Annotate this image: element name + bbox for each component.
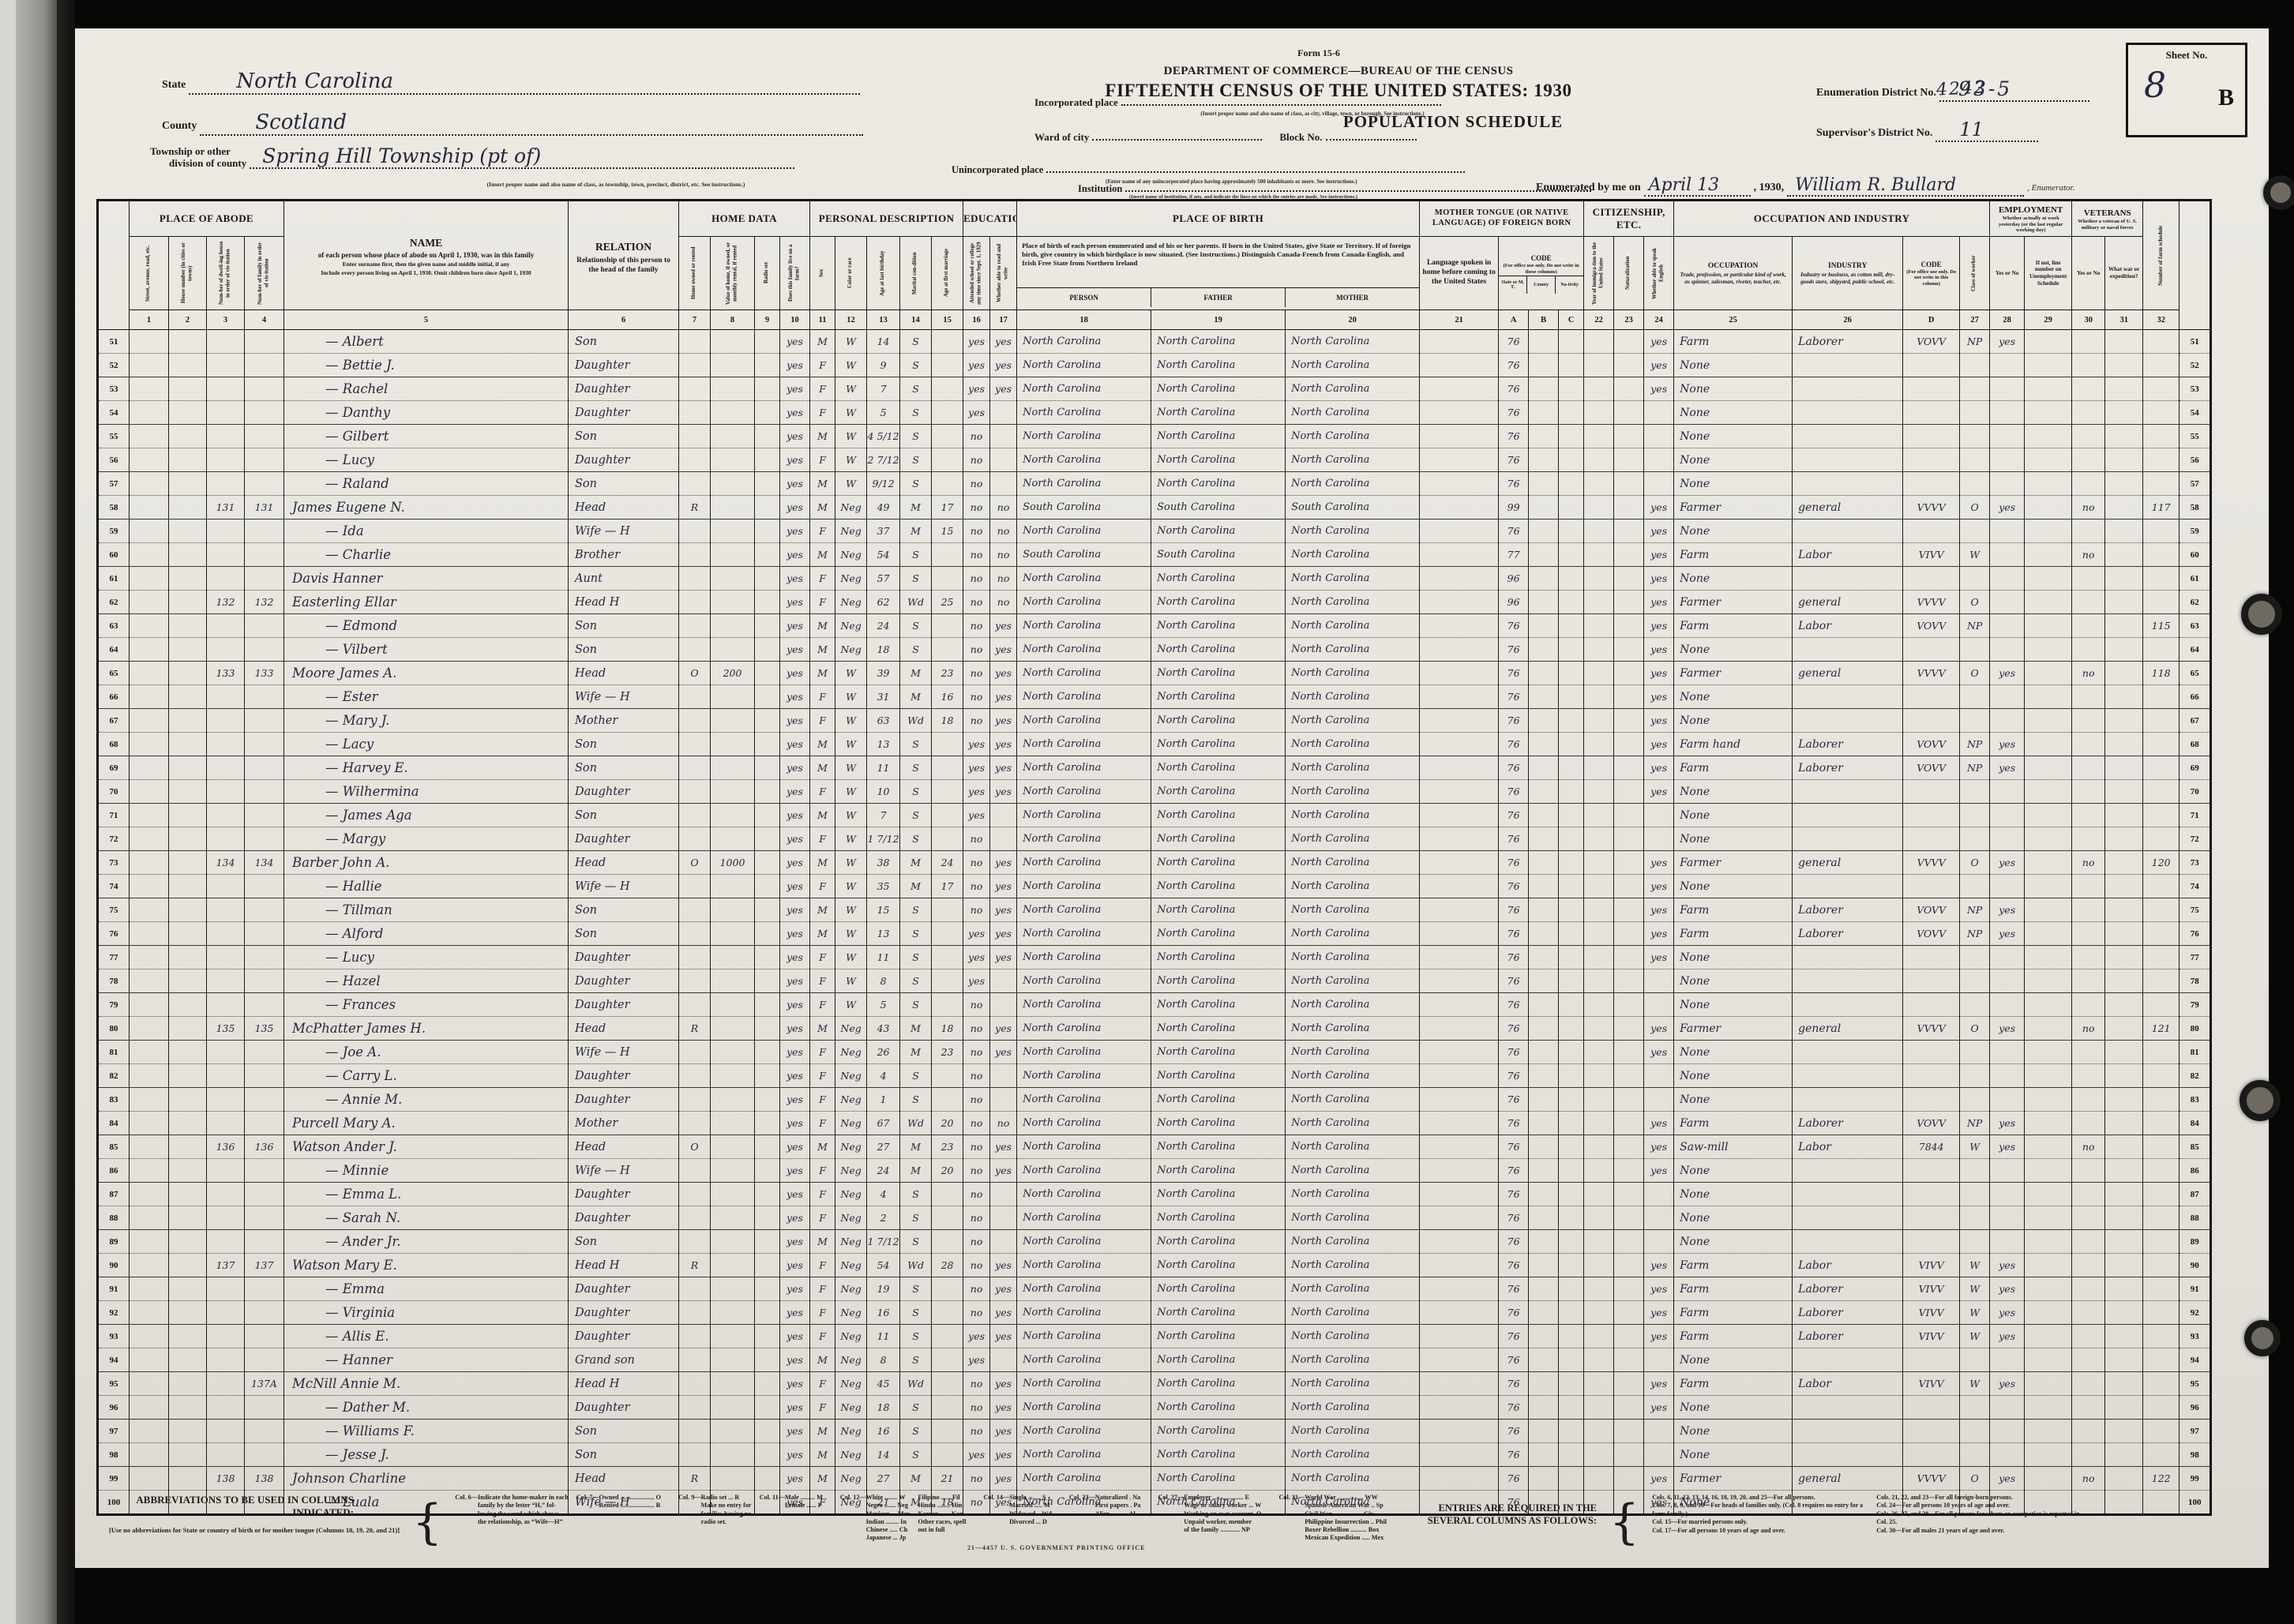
cell-farm: yes (780, 780, 810, 804)
cell-owned (679, 946, 711, 970)
column-number-25: 25 (1674, 310, 1793, 330)
cell-class (1960, 804, 1990, 827)
cell-dwelling (207, 1372, 245, 1396)
cell-sex: F (810, 875, 835, 898)
cell-empty (2105, 401, 2143, 425)
cell-color: W (835, 946, 867, 970)
cell-empty (1529, 1183, 1559, 1206)
cell-ln: 64 (98, 638, 130, 662)
cell-ln: 52 (98, 354, 130, 377)
cell-code-d (1903, 354, 1960, 377)
cell-empty (1559, 922, 1584, 946)
cell-empty (130, 780, 169, 804)
cell-age-married (932, 1443, 963, 1467)
cell-marital: S (900, 993, 932, 1017)
cell-bp-mother: North Carolina (1286, 780, 1420, 804)
cell-veteran (2072, 401, 2105, 425)
cell-empty (1614, 922, 1644, 946)
abbrev-block-5: Col. 23—Naturalized . NaFirst papers . P… (1069, 1494, 1141, 1543)
cell-occupation: Farmer (1674, 1467, 1793, 1491)
cell-empty (1614, 1254, 1644, 1277)
cell-read-write: yes (990, 851, 1017, 875)
cell-marital: S (900, 1420, 932, 1443)
cell-occupation: None (1674, 1443, 1793, 1467)
cell-industry: Laborer (1793, 898, 1903, 922)
cell-occupation: Farm (1674, 1277, 1793, 1301)
cell-farm-schedule (2143, 1254, 2179, 1277)
abbrev-line: Radio set ... R (701, 1494, 752, 1502)
cell-school: no (963, 472, 990, 496)
sheet-label: Sheet No. (2128, 49, 2245, 62)
cell-empty (1420, 354, 1499, 377)
cell-empty (1529, 377, 1559, 401)
person-row-98: 98— Jesse J.SonyesMNeg14SyesyesNorth Car… (98, 1443, 2211, 1467)
cell-empty (1584, 519, 1614, 543)
cell-age: 7 (867, 804, 900, 827)
sex-column-label: Sex (819, 241, 825, 306)
cell-owned (679, 330, 711, 354)
cell-empty (2025, 1183, 2072, 1206)
cell-veteran (2072, 1348, 2105, 1372)
cell-at-work (1990, 354, 2025, 377)
column-number-32: 32 (2143, 310, 2179, 330)
cell-empty (2025, 1348, 2072, 1372)
cell-school: yes (963, 1325, 990, 1348)
cell-empty (755, 1088, 780, 1112)
cell-bp-mother: North Carolina (1286, 472, 1420, 496)
cell-empty (2025, 993, 2072, 1017)
relation-group: RELATIONRelationship of this person to t… (569, 201, 679, 310)
cell-farm-schedule (2143, 1088, 2179, 1112)
cell-owned (679, 591, 711, 614)
cell-empty (755, 354, 780, 377)
cell-code-a: 76 (1499, 377, 1529, 401)
code-d-title: CODE (1903, 261, 1959, 268)
cell-bp-father: North Carolina (1151, 922, 1286, 946)
cell-age-married (932, 756, 963, 780)
cell-marital: M (900, 1135, 932, 1159)
abbrev-line: Employer ................... E (1184, 1494, 1261, 1502)
cell-dwelling (207, 543, 245, 567)
cell-sex: F (810, 1206, 835, 1230)
cell-english: yes (1644, 567, 1674, 591)
cell-color: W (835, 685, 867, 709)
cell-veteran (2072, 685, 2105, 709)
cell-empty (169, 1372, 207, 1396)
cell-empty (755, 519, 780, 543)
cell-farm: yes (780, 591, 810, 614)
name-desc-2: Enter surname first, then the given name… (292, 261, 560, 268)
cell-empty (169, 496, 207, 519)
cell-farm-schedule: 120 (2143, 851, 2179, 875)
cell-empty (2105, 662, 2143, 685)
cell-farm-schedule (2143, 993, 2179, 1017)
cell-family (245, 1064, 284, 1088)
cell-at-work (1990, 401, 2025, 425)
cell-empty (1614, 567, 1644, 591)
cell-bp-person: North Carolina (1017, 804, 1151, 827)
cell-relation: Aunt (569, 567, 679, 591)
cell-class (1960, 519, 1990, 543)
cell-farm-schedule (2143, 1112, 2179, 1135)
cell-occupation: None (1674, 638, 1793, 662)
cell-school: no (963, 851, 990, 875)
cell-value (711, 709, 755, 733)
cell-bp-person: North Carolina (1017, 1112, 1151, 1135)
cell-name: — Gilbert (284, 425, 569, 448)
cell-owned (679, 804, 711, 827)
cell-school: no (963, 496, 990, 519)
cell-farm-schedule (2143, 354, 2179, 377)
cell-name: — Annie M. (284, 1088, 569, 1112)
cell-empty (1584, 685, 1614, 709)
enumerated-date: April 13 (1644, 175, 1720, 195)
cell-code-d (1903, 1064, 1960, 1088)
cell-owned (679, 1396, 711, 1420)
cell-family (245, 709, 284, 733)
abbrev-line: Male ......... M (785, 1494, 823, 1502)
cell-empty (1559, 638, 1584, 662)
binder-hole (2240, 1080, 2281, 1121)
cell-farm: yes (780, 330, 810, 354)
cell-value (711, 756, 755, 780)
cell-ln: 51 (98, 330, 130, 354)
place-of-birth-group: PLACE OF BIRTH (1017, 201, 1420, 237)
cell-farm-schedule (2143, 1420, 2179, 1443)
person-row-61: 61Davis HannerAuntyesFNeg57SnonoNorth Ca… (98, 567, 2211, 591)
cell-relation: Son (569, 1230, 679, 1254)
cell-marital: S (900, 1206, 932, 1230)
cell-age: 10 (867, 780, 900, 804)
cell-family (245, 425, 284, 448)
cell-school: no (963, 543, 990, 567)
cell-marital: S (900, 1396, 932, 1420)
cell-bp-father: North Carolina (1151, 780, 1286, 804)
cell-empty (1529, 709, 1559, 733)
cell-school: no (963, 1277, 990, 1301)
cell-empty (1529, 1301, 1559, 1325)
cell-empty (1584, 472, 1614, 496)
cell-age: 63 (867, 709, 900, 733)
cell-school: no (963, 1254, 990, 1277)
cell-veteran (2072, 1301, 2105, 1325)
line-number-column-header-right (2179, 201, 2211, 330)
cell-class (1960, 1443, 1990, 1467)
cell-dwelling (207, 970, 245, 993)
column-number-28: 28 (1990, 310, 2025, 330)
unincorporated-label: Unincorporated place (952, 164, 1043, 175)
person-row-58: 58131131James Eugene N.HeadRyesMNeg49M17… (98, 496, 2211, 519)
cell-ln: 80 (98, 1017, 130, 1041)
cell-empty (1559, 448, 1584, 472)
cell-farm: yes (780, 401, 810, 425)
cell-dwelling (207, 1325, 245, 1348)
cell-sex: M (810, 425, 835, 448)
cell-relation: Son (569, 472, 679, 496)
cell-age: 57 (867, 567, 900, 591)
person-row-84: 84Purcell Mary A.MotheryesFNeg67Wd20nono… (98, 1112, 2211, 1135)
cell-at-work (1990, 780, 2025, 804)
cell-code-d: VIVV (1903, 1254, 1960, 1277)
cell-empty (755, 448, 780, 472)
cell-empty (1614, 448, 1644, 472)
cell-empty (130, 827, 169, 851)
column-number-26: 26 (1793, 310, 1903, 330)
cell-empty (1614, 733, 1644, 756)
cell-bp-father: North Carolina (1151, 401, 1286, 425)
abbrev-col-label: Col. 6— (455, 1494, 478, 1502)
cell-empty (1614, 1396, 1644, 1420)
cell-age-married: 25 (932, 591, 963, 614)
supervisors-district-field: Supervisor's District No. 11 (1816, 118, 2038, 142)
cell-bp-mother: North Carolina (1286, 543, 1420, 567)
cell-age: 2 (867, 1206, 900, 1230)
cell-empty (1420, 330, 1499, 354)
block-label: Block No. (1279, 131, 1322, 143)
cell-owned (679, 519, 711, 543)
cell-bp-person: South Carolina (1017, 543, 1151, 567)
cell-relation: Son (569, 733, 679, 756)
cell-empty (1584, 662, 1614, 685)
cell-relation: Daughter (569, 354, 679, 377)
cell-farm-schedule (2143, 1443, 2179, 1467)
cell-ln: 97 (98, 1420, 130, 1443)
cell-empty (1559, 685, 1584, 709)
age-column-label: Age at last birthday (880, 241, 886, 306)
cell-empty (2025, 638, 2072, 662)
cell-family (245, 993, 284, 1017)
cell-color: Neg (835, 1064, 867, 1088)
cell-name: — Emma (284, 1277, 569, 1301)
cell-code-a: 76 (1499, 756, 1529, 780)
cell-veteran: no (2072, 1017, 2105, 1041)
code-c-label: Na-tivity (1556, 276, 1583, 294)
cell-code-a: 76 (1499, 733, 1529, 756)
column-number-11: 11 (810, 310, 835, 330)
cell-bp-mother: North Carolina (1286, 614, 1420, 638)
cell-empty (1559, 1277, 1584, 1301)
cell-marital: S (900, 401, 932, 425)
cell-dwelling: 137 (207, 1254, 245, 1277)
cell-bp-mother: North Carolina (1286, 425, 1420, 448)
cell-occupation: Farm hand (1674, 733, 1793, 756)
cell-marital: M (900, 662, 932, 685)
cell-owned (679, 1372, 711, 1396)
cell-industry (1793, 1396, 1903, 1420)
cell-bp-father: North Carolina (1151, 827, 1286, 851)
cell-empty (2105, 970, 2143, 993)
cell-family (245, 1206, 284, 1230)
cell-read-write (990, 1206, 1017, 1230)
cell-relation: Son (569, 330, 679, 354)
cell-relation: Daughter (569, 1277, 679, 1301)
cell-ln: 60 (98, 543, 130, 567)
cell-name: — Ander Jr. (284, 1230, 569, 1254)
township-value: Spring Hill Township (pt of) (250, 144, 541, 167)
cell-empty (2105, 448, 2143, 472)
cell-class: O (1960, 1017, 1990, 1041)
cell-age-married: 24 (932, 851, 963, 875)
cell-bp-father: North Carolina (1151, 875, 1286, 898)
cell-empty (1614, 970, 1644, 993)
cell-age-married (932, 330, 963, 354)
age-first-marriage-column-label: Age at first marriage (944, 241, 950, 306)
cell-empty (755, 946, 780, 970)
cell-name: — Albert (284, 330, 569, 354)
cell-name: — Jesse J. (284, 1443, 569, 1467)
cell-empty (1584, 377, 1614, 401)
cell-relation: Daughter (569, 1183, 679, 1206)
cell-industry (1793, 827, 1903, 851)
cell-name: — Lucy (284, 448, 569, 472)
cell-empty (2105, 1112, 2143, 1135)
cell-ln: 75 (2179, 898, 2211, 922)
cell-empty (2025, 519, 2072, 543)
cell-ln: 63 (98, 614, 130, 638)
cell-empty (130, 1301, 169, 1325)
cell-read-write: yes (990, 780, 1017, 804)
cell-value (711, 1277, 755, 1301)
cell-name: Moore James A. (284, 662, 569, 685)
cell-code-d (1903, 1206, 1960, 1230)
cell-empty (1529, 354, 1559, 377)
cell-empty (2105, 1396, 2143, 1420)
cell-empty (755, 1017, 780, 1041)
cell-age-married: 18 (932, 709, 963, 733)
cell-bp-person: North Carolina (1017, 614, 1151, 638)
cell-name: McPhatter James H. (284, 1017, 569, 1041)
cell-age-married (932, 543, 963, 567)
cell-bp-father: North Carolina (1151, 1112, 1286, 1135)
cell-dwelling (207, 804, 245, 827)
cell-empty (2105, 1325, 2143, 1348)
cell-empty (1420, 898, 1499, 922)
cell-empty (755, 1064, 780, 1088)
cell-empty (130, 970, 169, 993)
cell-class: NP (1960, 1112, 1990, 1135)
cell-empty (1614, 685, 1644, 709)
cell-family (245, 970, 284, 993)
cell-farm-schedule: 115 (2143, 614, 2179, 638)
cell-farm-schedule (2143, 519, 2179, 543)
cell-owned (679, 827, 711, 851)
cell-empty (2025, 780, 2072, 804)
cell-bp-person: North Carolina (1017, 591, 1151, 614)
cell-relation: Son (569, 638, 679, 662)
cell-farm-schedule (2143, 946, 2179, 970)
cell-bp-mother: North Carolina (1286, 1348, 1420, 1372)
cell-marital: S (900, 756, 932, 780)
cell-empty (1614, 827, 1644, 851)
cell-age-married: 23 (932, 1041, 963, 1064)
cell-empty (169, 591, 207, 614)
cell-dwelling (207, 1277, 245, 1301)
cell-code-d: VOVV (1903, 330, 1960, 354)
cell-empty (2025, 1301, 2072, 1325)
cell-read-write: yes (990, 1017, 1017, 1041)
cell-industry (1793, 1088, 1903, 1112)
abbrev-line: Working on own account. O (1184, 1510, 1261, 1518)
cell-farm: yes (780, 851, 810, 875)
cell-read-write: yes (990, 946, 1017, 970)
cell-read-write: yes (990, 685, 1017, 709)
cell-empty (2105, 377, 2143, 401)
cell-color: Neg (835, 1206, 867, 1230)
cell-veteran (2072, 1420, 2105, 1443)
cell-age: 43 (867, 1017, 900, 1041)
cell-bp-person: North Carolina (1017, 354, 1151, 377)
cell-farm-schedule (2143, 401, 2179, 425)
cell-empty (1420, 1041, 1499, 1064)
cell-sex: F (810, 567, 835, 591)
cell-veteran (2072, 330, 2105, 354)
cell-at-work: yes (1990, 1467, 2025, 1491)
abbrev-block-1: Col. 6—Indicate the home-maker in eachfa… (455, 1494, 661, 1543)
cell-bp-father: North Carolina (1151, 662, 1286, 685)
abbrev-lines: World War ................ WWSpanish-Ame… (1305, 1494, 1387, 1543)
abbrev-col-label: Col. 11— (760, 1494, 785, 1502)
cell-read-write (990, 827, 1017, 851)
cell-empty (1529, 827, 1559, 851)
entries-rule: Col. 30—For all males 21 years of age an… (1876, 1527, 2089, 1535)
dwelling-number-column: Num-ber of dwell-ing house in order of v… (207, 237, 245, 310)
person-row-78: 78— HazelDaughteryesFW8SyesNorth Carolin… (98, 970, 2211, 993)
cell-empty (755, 970, 780, 993)
cell-relation: Daughter (569, 1088, 679, 1112)
cell-relation: Mother (569, 709, 679, 733)
abbrev-line: Japanese ... Jp (866, 1534, 910, 1542)
cell-bp-mother: North Carolina (1286, 875, 1420, 898)
cell-color: W (835, 425, 867, 448)
ward-field: Ward of city Block No. (1034, 127, 1417, 144)
cell-value (711, 1088, 755, 1112)
cell-owned (679, 898, 711, 922)
cell-bp-person: North Carolina (1017, 425, 1151, 448)
cell-empty (755, 1420, 780, 1443)
cell-at-work: yes (1990, 1135, 2025, 1159)
cell-class (1960, 1348, 1990, 1372)
column-number-20: 20 (1286, 310, 1420, 330)
cell-school: no (963, 519, 990, 543)
cell-farm: yes (780, 756, 810, 780)
cell-code-a: 76 (1499, 472, 1529, 496)
cell-empty (2025, 1159, 2072, 1183)
cell-empty (755, 614, 780, 638)
cell-ln: 56 (98, 448, 130, 472)
cell-ln: 75 (98, 898, 130, 922)
cell-empty (2025, 1396, 2072, 1420)
cell-ln: 82 (98, 1064, 130, 1088)
cell-empty (1614, 851, 1644, 875)
cell-class (1960, 875, 1990, 898)
cell-industry (1793, 1041, 1903, 1064)
institution-label: Institution (1078, 183, 1122, 194)
cell-at-work (1990, 377, 2025, 401)
cell-class: W (1960, 1135, 1990, 1159)
cell-value (711, 685, 755, 709)
cell-ln: 85 (2179, 1135, 2211, 1159)
cell-occupation: Farm (1674, 1112, 1793, 1135)
cell-at-work: yes (1990, 1325, 2025, 1348)
cell-read-write: yes (990, 756, 1017, 780)
cell-empty (1584, 591, 1614, 614)
form-number: Form 15-6 (1216, 47, 1421, 59)
cell-bp-person: North Carolina (1017, 1467, 1151, 1491)
cell-empty (1420, 970, 1499, 993)
cell-veteran (2072, 1396, 2105, 1420)
cell-age: 7 (867, 377, 900, 401)
cell-code-a: 76 (1499, 709, 1529, 733)
